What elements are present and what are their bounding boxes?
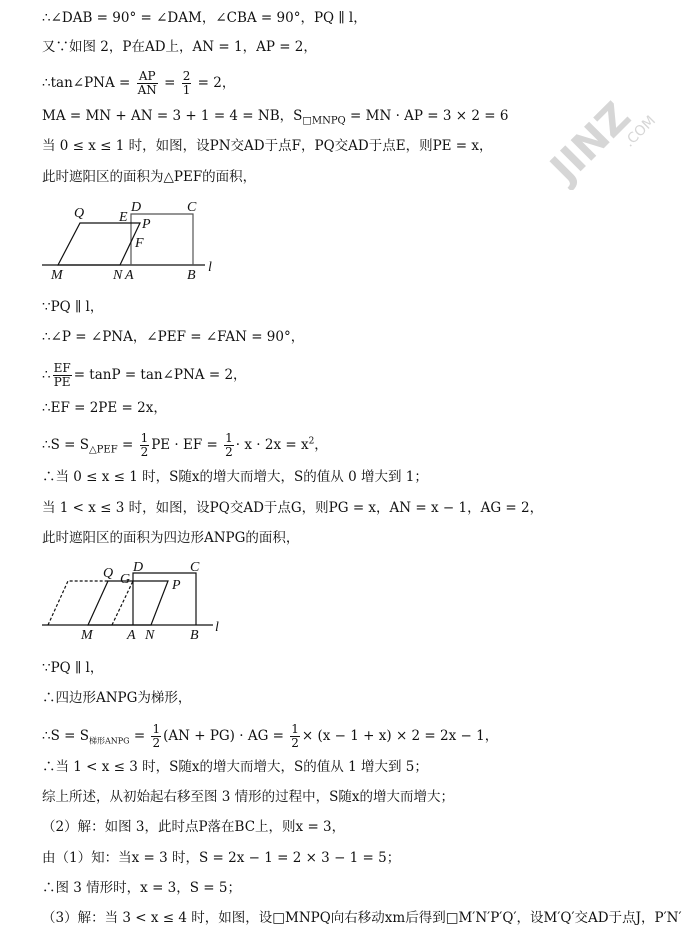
text-fragment: · x · 2x = x (236, 437, 309, 453)
fraction-numerator: 1 (140, 432, 150, 446)
text-fragment: × (x − 1 + x) × 2 = 2x − 1， (302, 728, 498, 744)
fraction-half: 1 2 (290, 723, 300, 750)
text-line-16: ∴四边形ANPG为梯形， (42, 689, 191, 707)
fraction-denominator: 2 (224, 446, 234, 459)
text-line-3: ∴tan∠PNA = AP AN = 2 1 = 2， (42, 70, 235, 97)
text-fragment: ∴S = S (42, 728, 89, 744)
text-line-21: 由（1）知：当x = 3 时，S = 2x − 1 = 2 × 3 − 1 = … (42, 849, 400, 867)
text-fragment: ∴tan∠PNA = (42, 75, 130, 91)
fraction-numerator: 1 (290, 723, 300, 737)
dashed-initial-side (112, 581, 133, 625)
fraction-2-1: 2 1 (182, 70, 192, 97)
fraction-half: 1 2 (151, 723, 161, 750)
label-g: G (120, 572, 130, 587)
subscript: 梯形ANPG (89, 737, 130, 746)
label-q: Q (103, 566, 113, 581)
fraction-numerator: EF (53, 362, 72, 376)
fraction-numerator: 1 (224, 432, 234, 446)
label-c: C (187, 200, 197, 215)
text-line-12: ∴当 0 ≤ x ≤ 1 时，S随x的增大而增大，S的值从 0 增大到 1； (42, 468, 428, 486)
text-line-19: 综上所述，从初始起右移至图 3 情形的过程中，S随x的增大而增大； (42, 788, 454, 806)
fraction-denominator: 2 (151, 737, 161, 750)
text-line-9: ∴ EF PE = tanP = tan∠PNA = 2， (42, 362, 247, 389)
fraction-denominator: 1 (182, 84, 192, 97)
parallelogram-mnpq (88, 581, 168, 625)
label-b: B (190, 628, 199, 643)
fraction-numerator: 2 (182, 70, 192, 84)
text-line-2: 又∵如图 2，P在AD上，AN = 1，AP = 2， (42, 38, 317, 56)
parallelogram-mnpq (58, 223, 140, 265)
dashed-initial-parallelogram (48, 581, 108, 625)
text-line-10: ∴EF = 2PE = 2x， (42, 399, 167, 417)
fraction-numerator: 1 (151, 723, 161, 737)
text-line-14: 此时遮阳区的面积为四边形ANPG的面积， (42, 529, 299, 547)
label-l: l (215, 620, 219, 635)
text-line-11: ∴S = S△PEF = 1 2 PE · EF = 1 2 · x · 2x … (42, 432, 328, 460)
label-m: M (80, 628, 94, 643)
text-fragment: ， (314, 437, 328, 453)
text-line-8: ∴∠P = ∠PNA，∠PEF = ∠FAN = 90°， (42, 328, 304, 346)
text-fragment: = 2， (198, 75, 236, 91)
subscript: □MNPQ (302, 116, 345, 127)
text-line-13: 当 1 < x ≤ 3 时，如图，设PQ交AD于点G，则PG = x，AN = … (42, 499, 543, 517)
fraction-denominator: PE (53, 376, 72, 389)
label-m: M (50, 268, 64, 283)
text-fragment: = (164, 75, 175, 91)
label-f: F (134, 236, 144, 251)
geometry-figure-2: Q G D C P M A N B l (0, 555, 260, 645)
text-line-18: ∴当 1 < x ≤ 3 时，S随x的增大而增大，S的值从 1 增大到 5； (42, 758, 428, 776)
label-c: C (190, 560, 200, 575)
text-fragment: ∴S = S (42, 437, 89, 453)
watermark-logo: JINZ .COM (530, 70, 680, 190)
fraction-half: 1 2 (140, 432, 150, 459)
label-d: D (132, 560, 143, 575)
label-l: l (208, 260, 212, 275)
text-line-15: ∵PQ ∥ l， (42, 659, 103, 677)
text-fragment: = (118, 437, 134, 453)
text-fragment: MA = MN + AN = 3 + 1 = 4 = NB，S (42, 108, 302, 124)
label-p: P (171, 578, 181, 593)
text-fragment: (AN + PG) · AG = (163, 728, 284, 744)
fraction-ap-an: AP AN (137, 70, 158, 97)
label-p: P (141, 217, 151, 232)
fraction-denominator: AN (137, 84, 158, 97)
text-line-20: （2）解：如图 3，此时点P落在BC上，则x = 3， (42, 818, 345, 836)
text-fragment: = MN · AP = 3 × 2 = 6 (346, 108, 509, 124)
geometry-figure-1: Q E D C P F M N A B l (0, 195, 260, 285)
text-line-17: ∴S = S梯形ANPG = 1 2 (AN + PG) · AG = 1 2 … (42, 723, 498, 751)
text-line-1: ∴∠DAB = 90° = ∠DAM，∠CBA = 90°，PQ ∥ l， (42, 9, 367, 27)
text-fragment: = tanP = tan∠PNA = 2， (74, 367, 247, 383)
fraction-denominator: 2 (290, 737, 300, 750)
text-line-6: 此时遮阳区的面积为△PEF的面积， (42, 168, 256, 186)
text-line-5: 当 0 ≤ x ≤ 1 时，如图，设PN交AD于点F，PQ交AD于点E，则PE … (42, 137, 493, 155)
label-a: A (126, 628, 136, 643)
label-n: N (112, 268, 123, 283)
text-line-4: MA = MN + AN = 3 + 1 = 4 = NB，S□MNPQ = M… (42, 107, 508, 131)
label-n: N (144, 628, 155, 643)
label-q: Q (74, 206, 84, 221)
text-fragment: = (130, 728, 146, 744)
text-fragment: ∴ (42, 367, 51, 383)
label-e: E (118, 210, 128, 225)
subscript: △PEF (89, 445, 118, 456)
label-b: B (187, 268, 196, 283)
fraction-half: 1 2 (224, 432, 234, 459)
text-line-23: （3）解：当 3 < x ≤ 4 时，如图，设□MNPQ向右移动xm后得到□M′… (42, 909, 682, 927)
fraction-ef-pe: EF PE (53, 362, 72, 389)
text-fragment: PE · EF = (151, 437, 218, 453)
fraction-numerator: AP (137, 70, 158, 84)
fraction-denominator: 2 (140, 446, 150, 459)
text-line-7: ∵PQ ∥ l， (42, 298, 103, 316)
text-line-22: ∴图 3 情形时，x = 3，S = 5； (42, 879, 241, 897)
label-a: A (124, 268, 134, 283)
label-d: D (130, 200, 141, 215)
